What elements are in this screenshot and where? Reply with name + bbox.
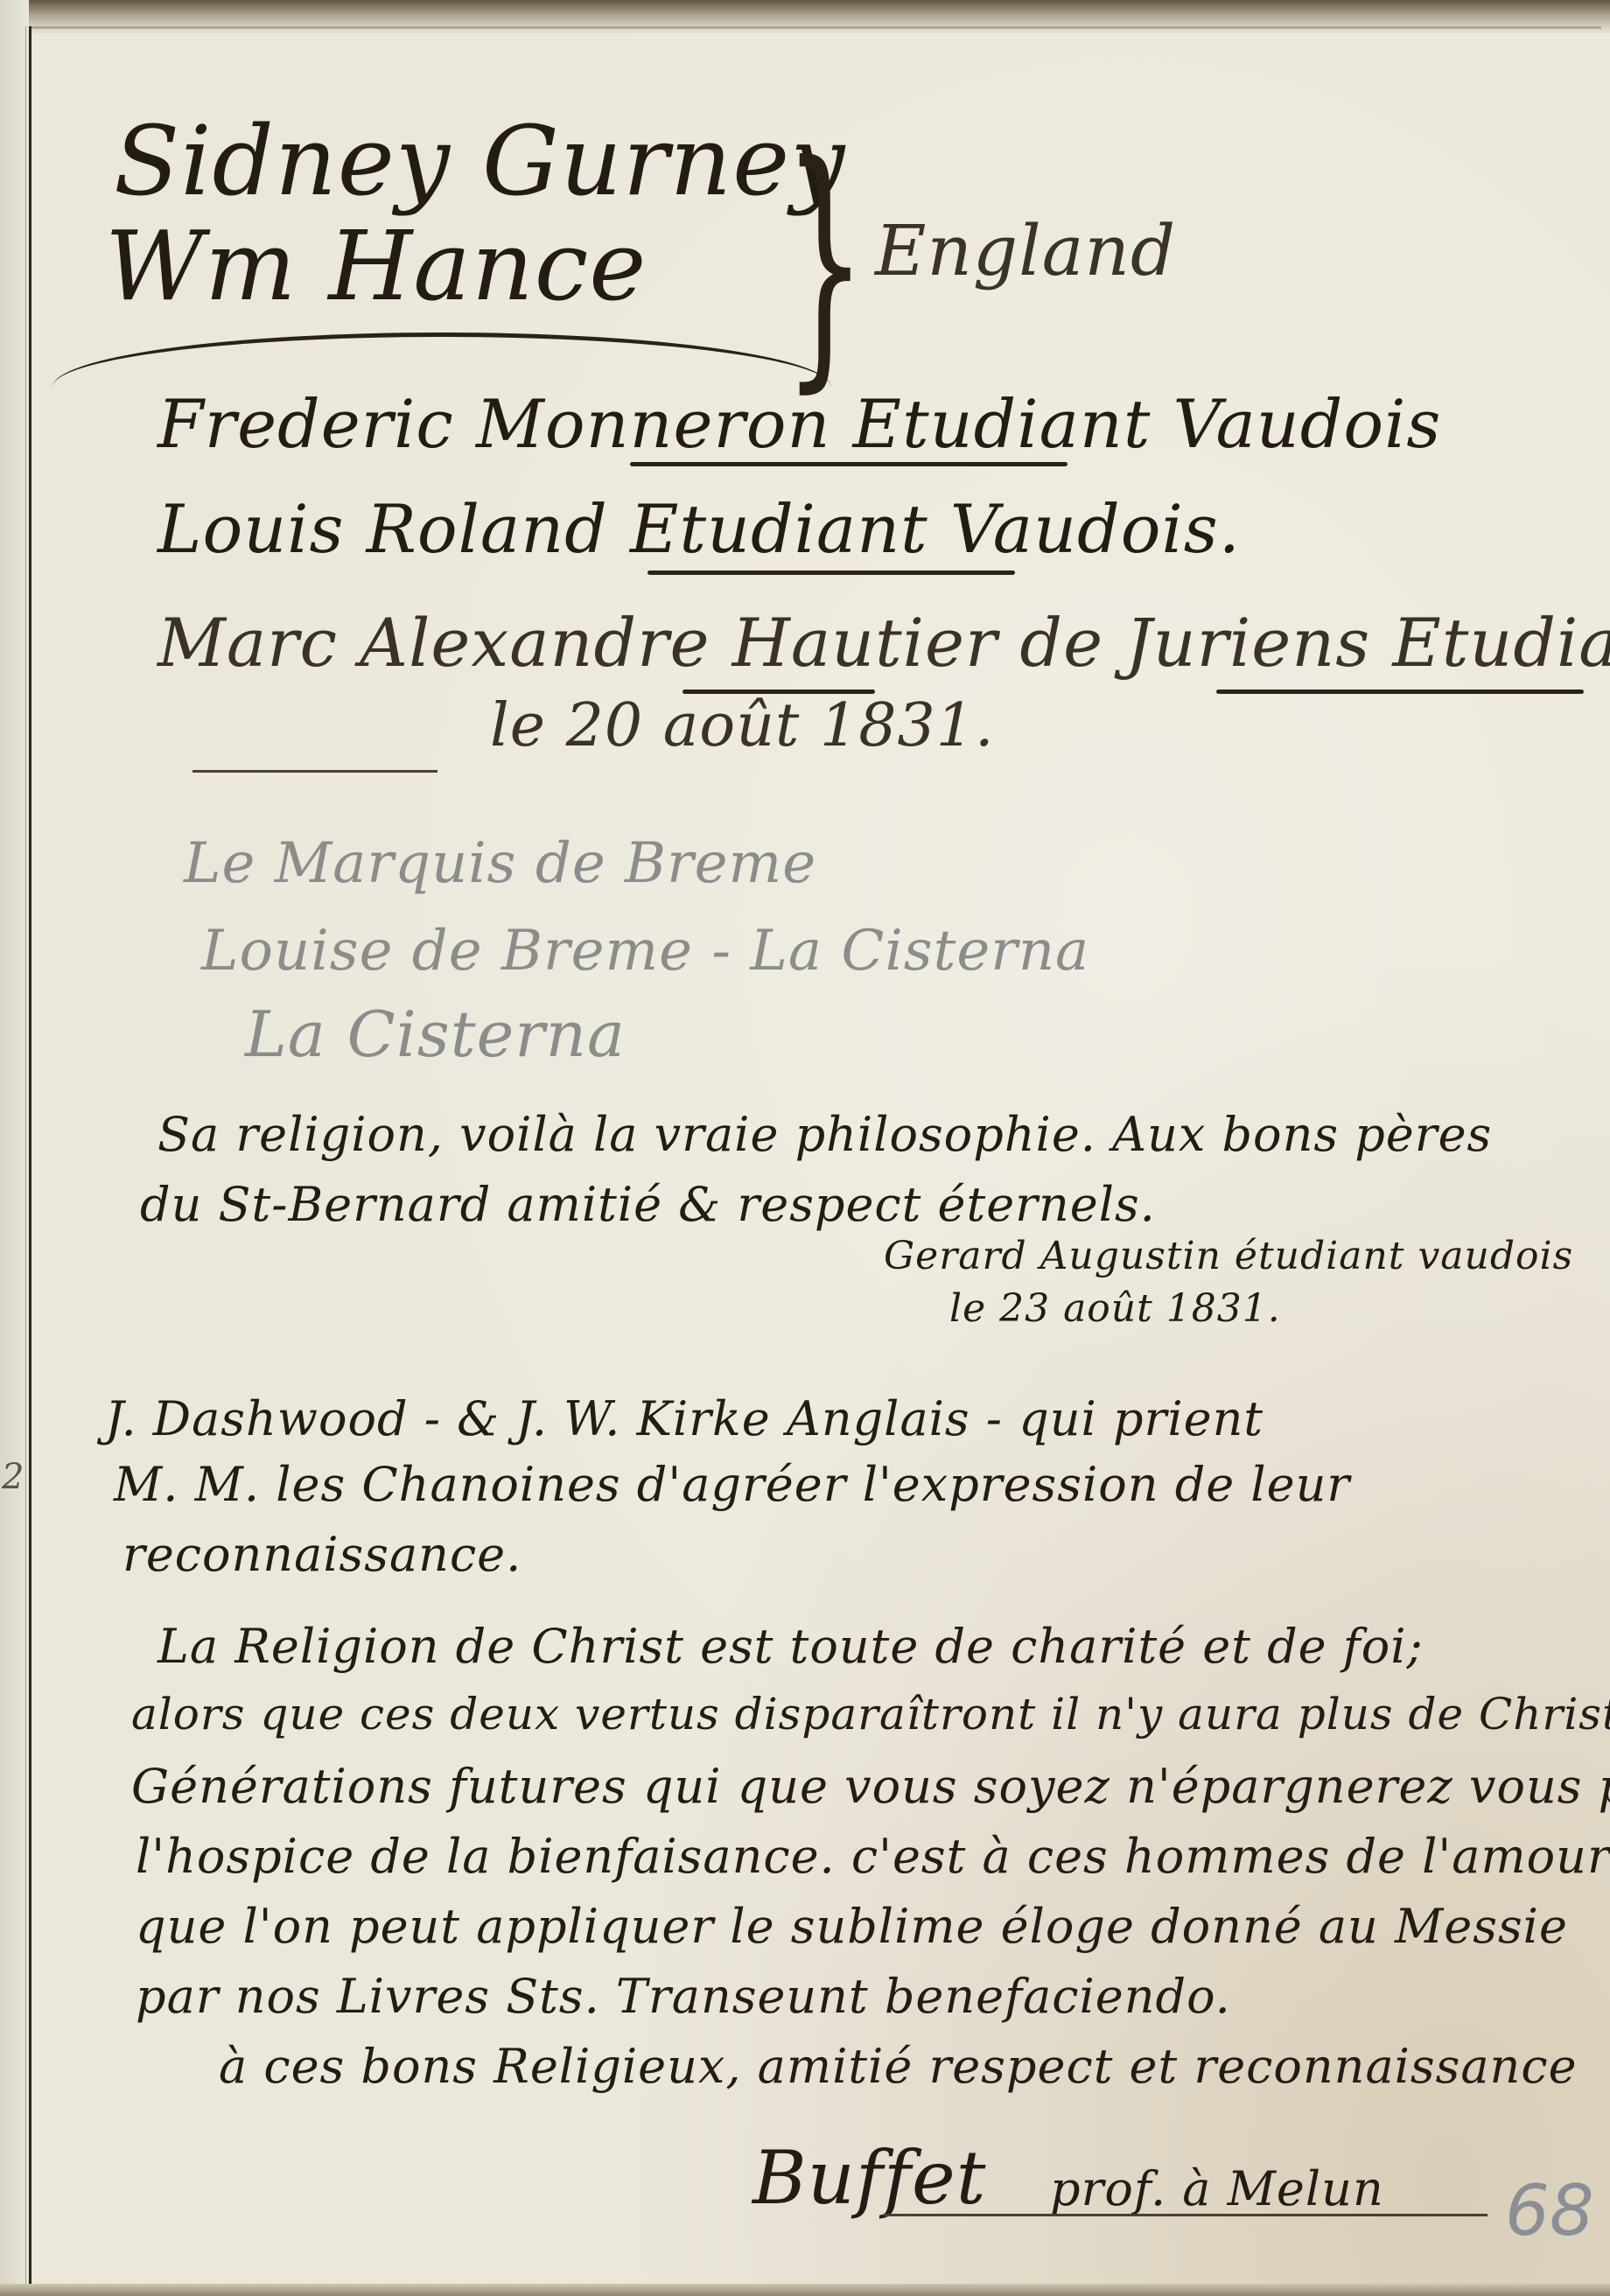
pencil-marquis: Le Marquis de Breme	[184, 831, 816, 896]
dashwood-line-2: M. M. les Chanoines d'agréer l'expressio…	[114, 1457, 1350, 1512]
buffet-line-1: La Religion de Christ est toute de chari…	[157, 1619, 1424, 1674]
buffet-line-2: alors que ces deux vertus disparaîtront …	[131, 1689, 1610, 1739]
signature-gurney: Sidney Gurney	[114, 105, 845, 217]
gerard-signature: Gerard Augustin étudiant vaudois	[884, 1234, 1573, 1278]
page-bottom-edge	[0, 2284, 1610, 2296]
entry-date: le 20 août 1831.	[490, 691, 995, 760]
underline	[647, 570, 1015, 575]
buffet-line-5: que l'on peut appliquer le sublime éloge…	[136, 1899, 1568, 1954]
pencil-louise: Louise de Breme - La Cisterna	[201, 919, 1089, 983]
underline	[630, 462, 1067, 466]
brace-symbol: }	[783, 157, 809, 367]
gerard-line-1: Sa religion, voilà la vraie philosophie.…	[157, 1107, 1492, 1162]
signature-hance: Wm Hance	[105, 210, 647, 322]
buffet-line-7: à ces bons Religieux, amitié respect et …	[219, 2039, 1578, 2094]
buffet-line-3: Générations futures qui que vous soyez n…	[131, 1759, 1610, 1814]
buffet-line-6: par nos Livres Sts. Transeunt benefacien…	[136, 1969, 1231, 2024]
gutter-shadow	[25, 26, 26, 2296]
signature-underline	[884, 2214, 1487, 2216]
dashwood-line-1: J. Dashwood - & J. W. Kirke Anglais - qu…	[105, 1391, 1263, 1446]
buffet-signature-note: prof. à Melun	[1050, 2161, 1384, 2216]
buffet-line-4: l'hospice de la bienfaisance. c'est à ce…	[136, 1829, 1610, 1884]
page-top-edge-line	[9, 26, 1601, 29]
folio-number: 68	[1505, 2170, 1594, 2251]
gerard-date: le 23 août 1831.	[949, 1286, 1281, 1331]
bracket-note-england: England	[875, 210, 1176, 291]
manuscript-page: 2 Sidney Gurney Wm Hance } England Frede…	[0, 0, 1610, 2296]
student-hautier: Marc Alexandre Hautier de Juriens Etudia…	[157, 604, 1610, 682]
gutter-line	[29, 26, 31, 2296]
dashwood-line-3: reconnaissance.	[122, 1527, 521, 1582]
divider-line	[192, 770, 437, 773]
student-roland: Louis Roland Etudiant Vaudois.	[157, 490, 1241, 568]
student-monneron: Frederic Monneron Etudiant Vaudois	[157, 385, 1441, 463]
margin-mark: 2	[2, 1457, 24, 1497]
buffet-signature: Buffet	[752, 2135, 986, 2221]
pencil-cisterna: La Cisterna	[245, 997, 626, 1071]
underline	[1216, 689, 1584, 694]
gerard-line-2: du St-Bernard amitié & respect éternels.	[140, 1177, 1156, 1232]
